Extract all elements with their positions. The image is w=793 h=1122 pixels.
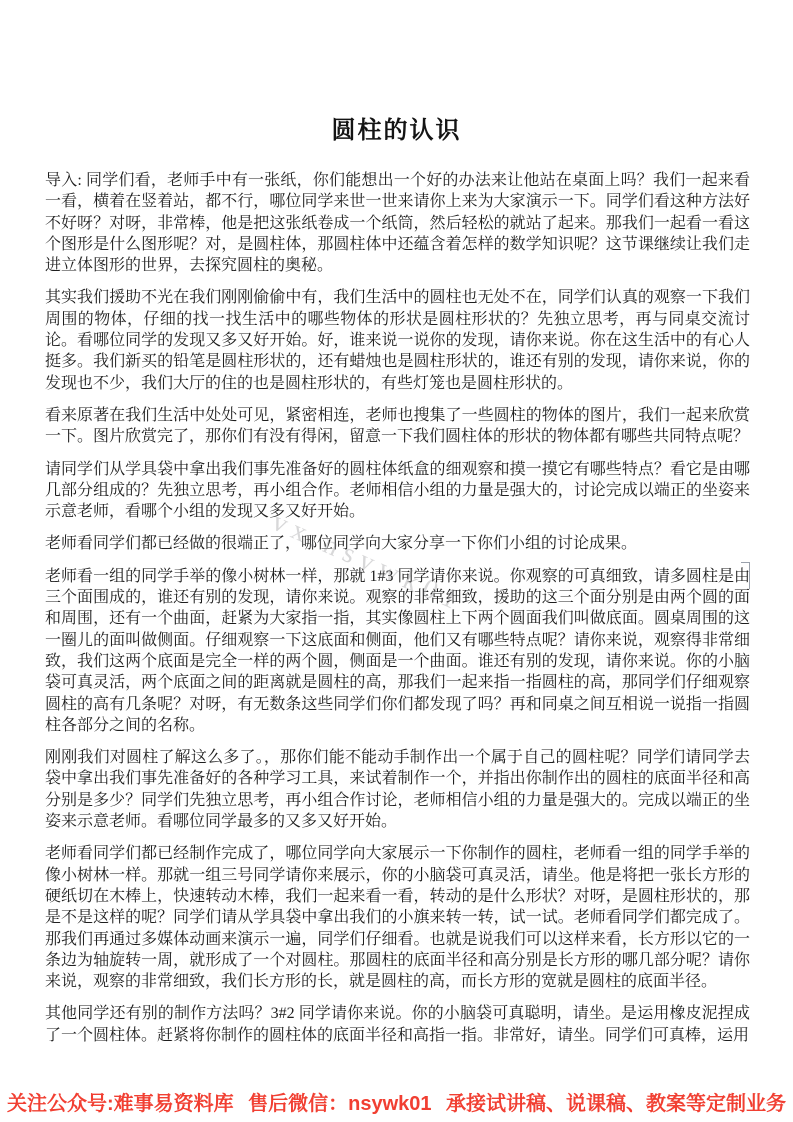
footer-banner: 关注公众号:难事易资料库 售后微信：nsywk01 承接试讲稿、说课稿、教案等定… [7,1087,786,1116]
footer-services: 承接试讲稿、说课稿、教案等定制业务 [446,1087,786,1116]
paragraph-discussion-findings: 老师看一组的同学手举的像小树林一样，那就 1#3 同学请你来说。你观察的可真细致… [45,566,750,736]
paragraph-life-examples: 其实我们援助不光在我们刚刚偷偷中有，我们生活中的圆柱也无处不在，同学们认真的观察… [45,287,750,393]
page-title: 圆柱的认识 [0,0,793,145]
paragraph-other-methods: 其他同学还有别的制作方法吗？3#2 同学请你来说。你的小脑袋可真聪明，请坐。是运… [45,1003,750,1046]
stray-cursor-mark [741,562,750,589]
paragraph-share-results: 老师看同学们都已经做的很端正了，哪位同学向大家分享一下你们小组的讨论成果。 [45,533,750,554]
document-body: 导入: 同学们看，老师手中有一张纸，你们能想出一个好的办法来让他站在桌面上吗？我… [45,170,750,1046]
paragraph-make-cylinder: 刚刚我们对圆柱了解这么多了。，那你们能不能动手制作出一个属于自己的圆柱呢？同学们… [45,747,750,832]
paragraph-picture-appreciation: 看来原著在我们生活中处处可见，紧密相连，老师也搜集了一些圆柱的物体的图片，我们一… [45,405,750,448]
paragraph-show-and-rotate: 老师看同学们都已经制作完成了，哪位同学向大家展示一下你制作的圆柱，老师看一组的同… [45,843,750,992]
document-page: 圆柱的认识 导入: 同学们看，老师手中有一张纸，你们能想出一个好的办法来让他站在… [0,0,793,1122]
footer-official-account: 关注公众号:难事易资料库 [7,1087,234,1116]
paragraph-intro: 导入: 同学们看，老师手中有一张纸，你们能想出一个好的办法来让他站在桌面上吗？我… [45,170,750,276]
footer-support-wechat: 售后微信：nsywk01 [248,1087,431,1116]
paragraph-observe-box: 请同学们从学具袋中拿出我们事先准备好的圆柱体纸盒的细观察和摸一摸它有哪些特点？看… [45,459,750,523]
